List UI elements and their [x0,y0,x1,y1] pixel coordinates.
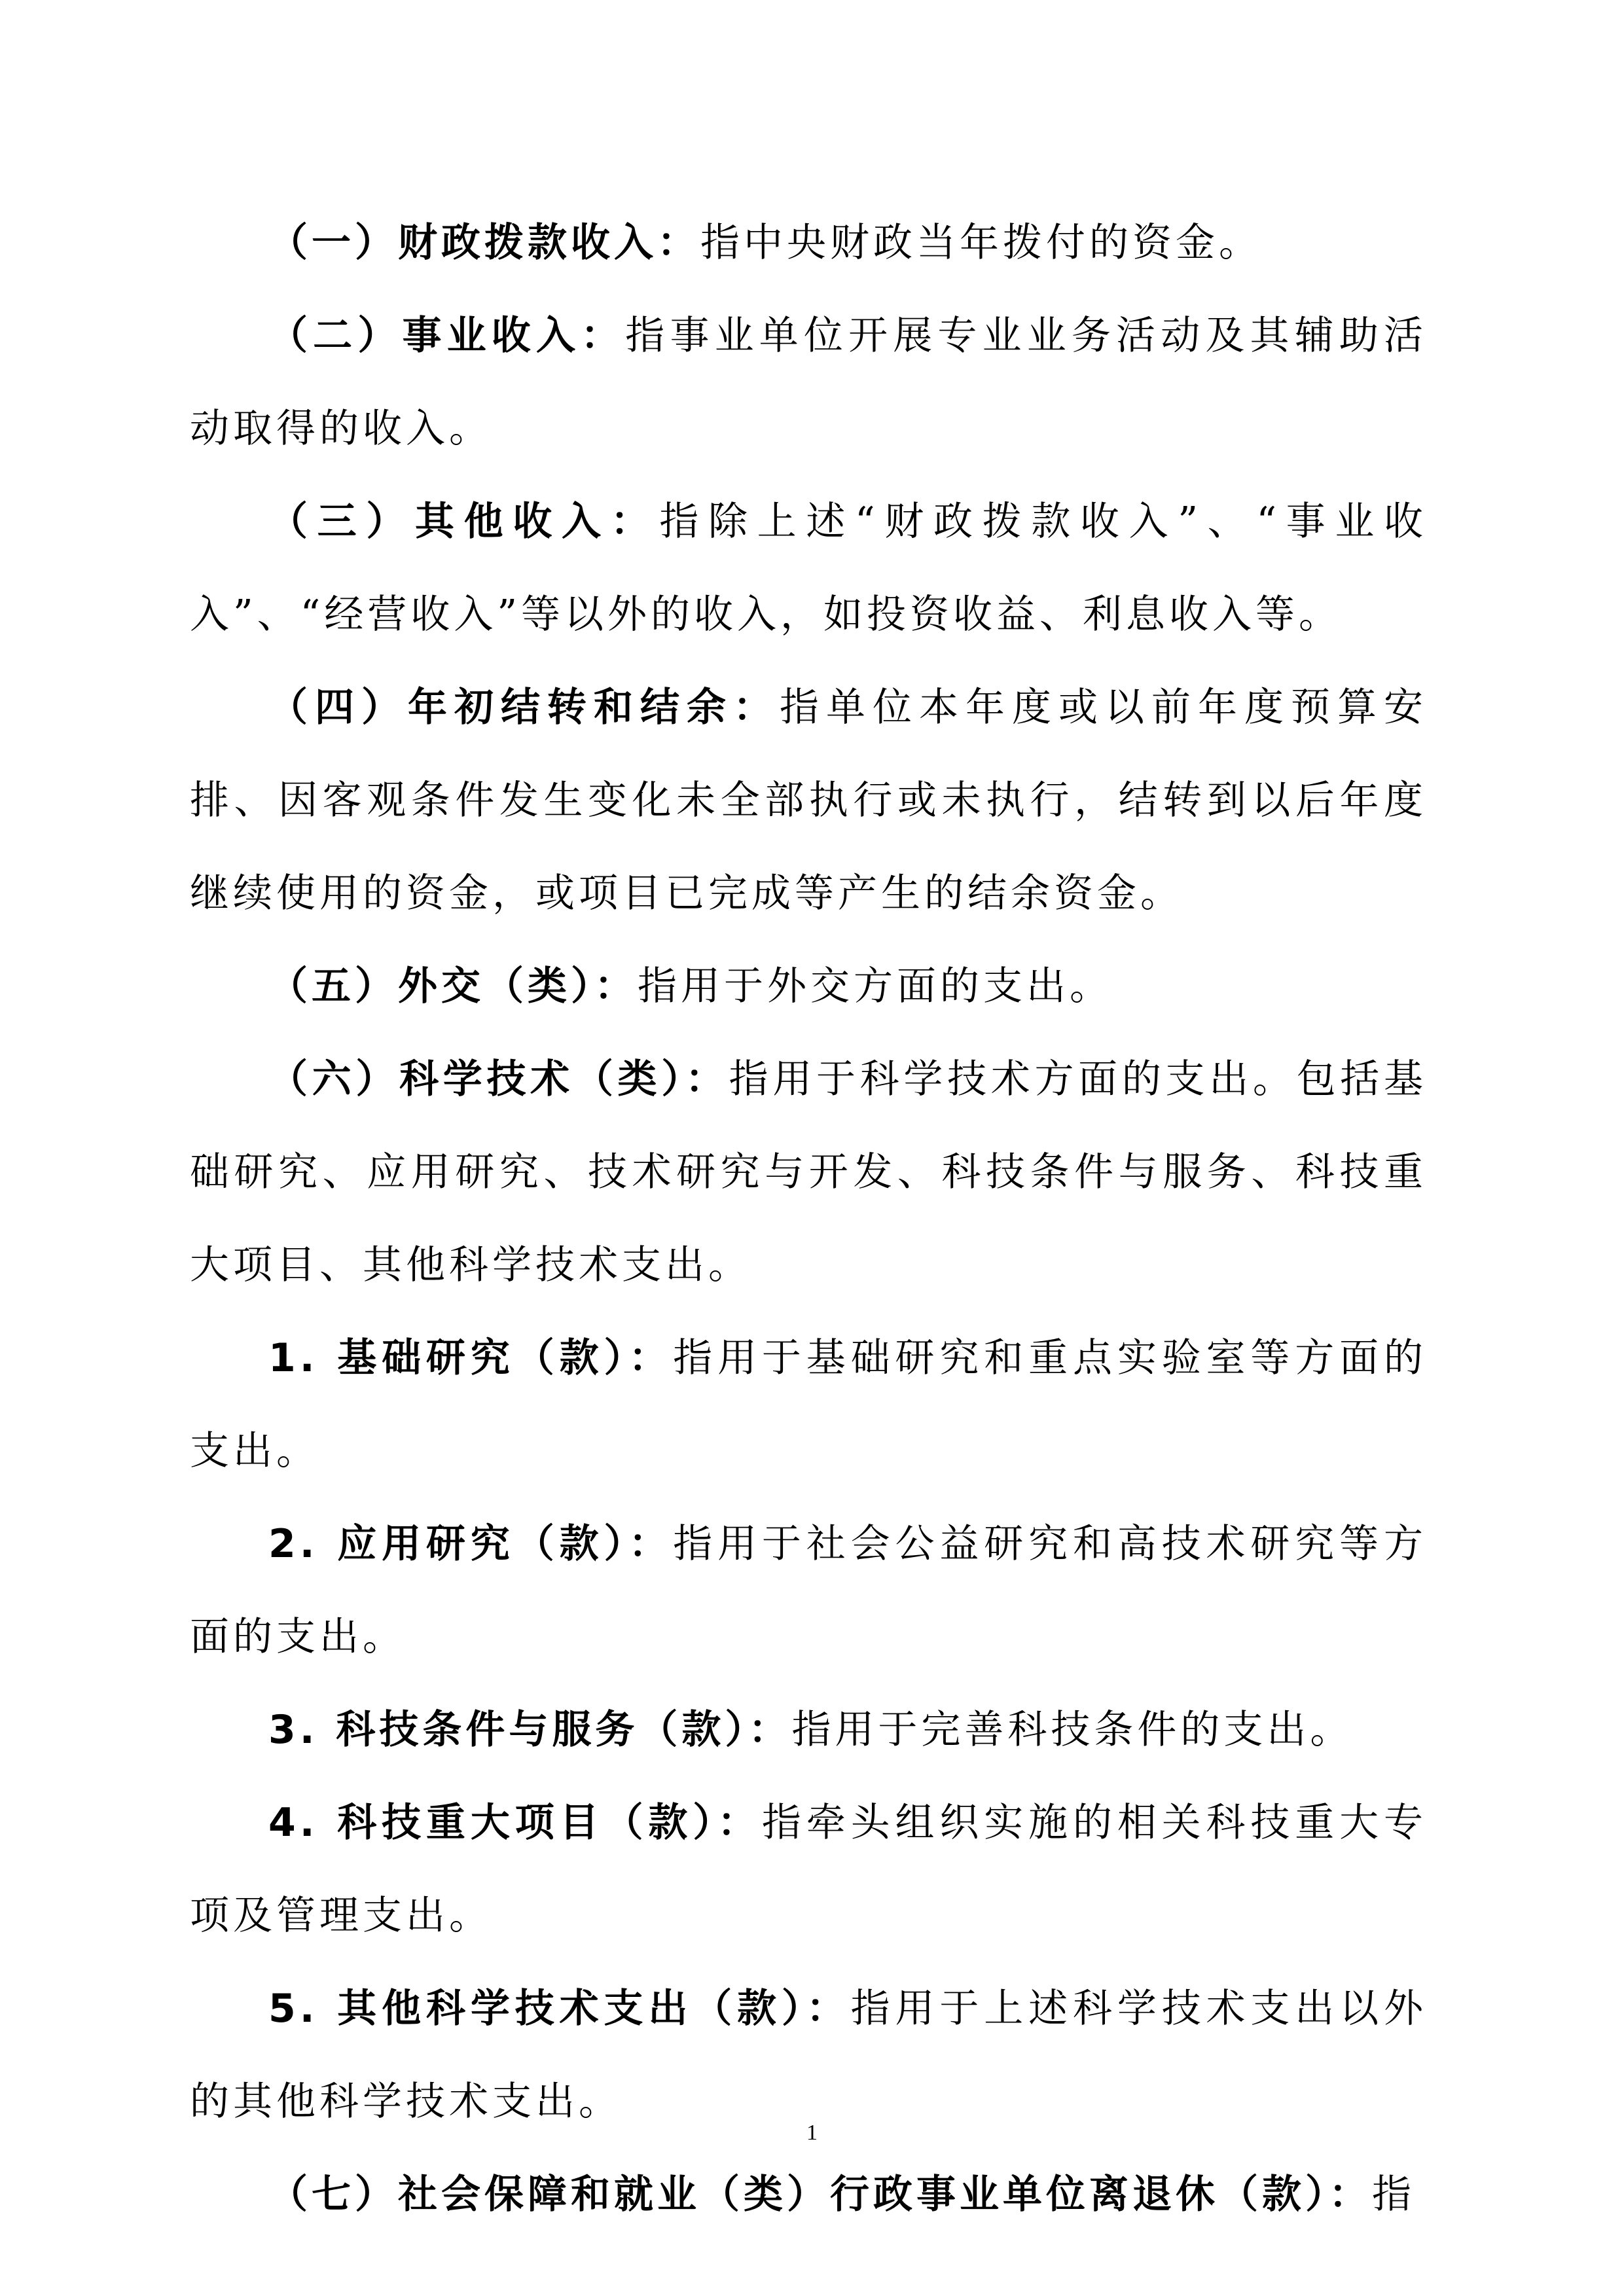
term: 3. 科技条件与服务（款）： [268,1707,791,1753]
paragraph-social-security-retirement: （七）社会保障和就业（类）行政事业单位离退休（款）：指 [190,2148,1427,2241]
term: 2. 应用研究（款）： [268,1521,673,1567]
paragraph-tech-conditions-services: 3. 科技条件与服务（款）：指用于完善科技条件的支出。 [190,1683,1427,1776]
term: （四）年初结转和结余： [268,685,780,730]
paragraph-applied-research: 2. 应用研究（款）：指用于社会公益研究和高技术研究等方面的支出。 [190,1498,1427,1683]
paragraph-major-tech-projects: 4. 科技重大项目（款）：指牵头组织实施的相关科技重大专项及管理支出。 [190,1776,1427,1962]
term: （一）财政拨款收入： [268,220,700,266]
definition: 指用于完善科技条件的支出。 [791,1707,1353,1753]
paragraph-basic-research: 1. 基础研究（款）：指用于基础研究和重点实验室等方面的支出。 [190,1312,1427,1498]
term: （七）社会保障和就业（类）行政事业单位离退休（款）： [268,2172,1372,2217]
paragraph-diplomacy: （五）外交（类）：指用于外交方面的支出。 [190,940,1427,1033]
term: 4. 科技重大项目（款）： [268,1800,762,1846]
page-number: 1 [0,2121,1624,2145]
term: （三）其他收入： [268,499,659,545]
paragraph-fiscal-appropriation-income: （一）财政拨款收入：指中央财政当年拨付的资金。 [190,196,1427,289]
term: 1. 基础研究（款）： [268,1335,673,1381]
paragraph-other-income: （三）其他收入：指除上述“财政拨款收入”、“事业收入”、“经营收入”等以外的收入… [190,475,1427,661]
paragraph-operating-income: （二）事业收入：指事业单位开展专业业务活动及其辅助活动取得的收入。 [190,289,1427,475]
definition: 指 [1372,2172,1415,2217]
definition: 指用于外交方面的支出。 [638,963,1113,1009]
term: （六）科学技术（类）： [268,1056,729,1102]
paragraph-carryover-balance: （四）年初结转和结余：指单位本年度或以前年度预算安排、因客观条件发生变化未全部执… [190,661,1427,940]
term: （五）外交（类）： [268,963,638,1009]
document-page: （一）财政拨款收入：指中央财政当年拨付的资金。 （二）事业收入：指事业单位开展专… [190,196,1427,2241]
paragraph-science-technology: （六）科学技术（类）：指用于科学技术方面的支出。包括基础研究、应用研究、技术研究… [190,1033,1427,1312]
term: （二）事业收入： [268,313,625,359]
definition: 指中央财政当年拨付的资金。 [700,220,1262,266]
term: 5. 其他科学技术支出（款）： [268,1986,851,2032]
